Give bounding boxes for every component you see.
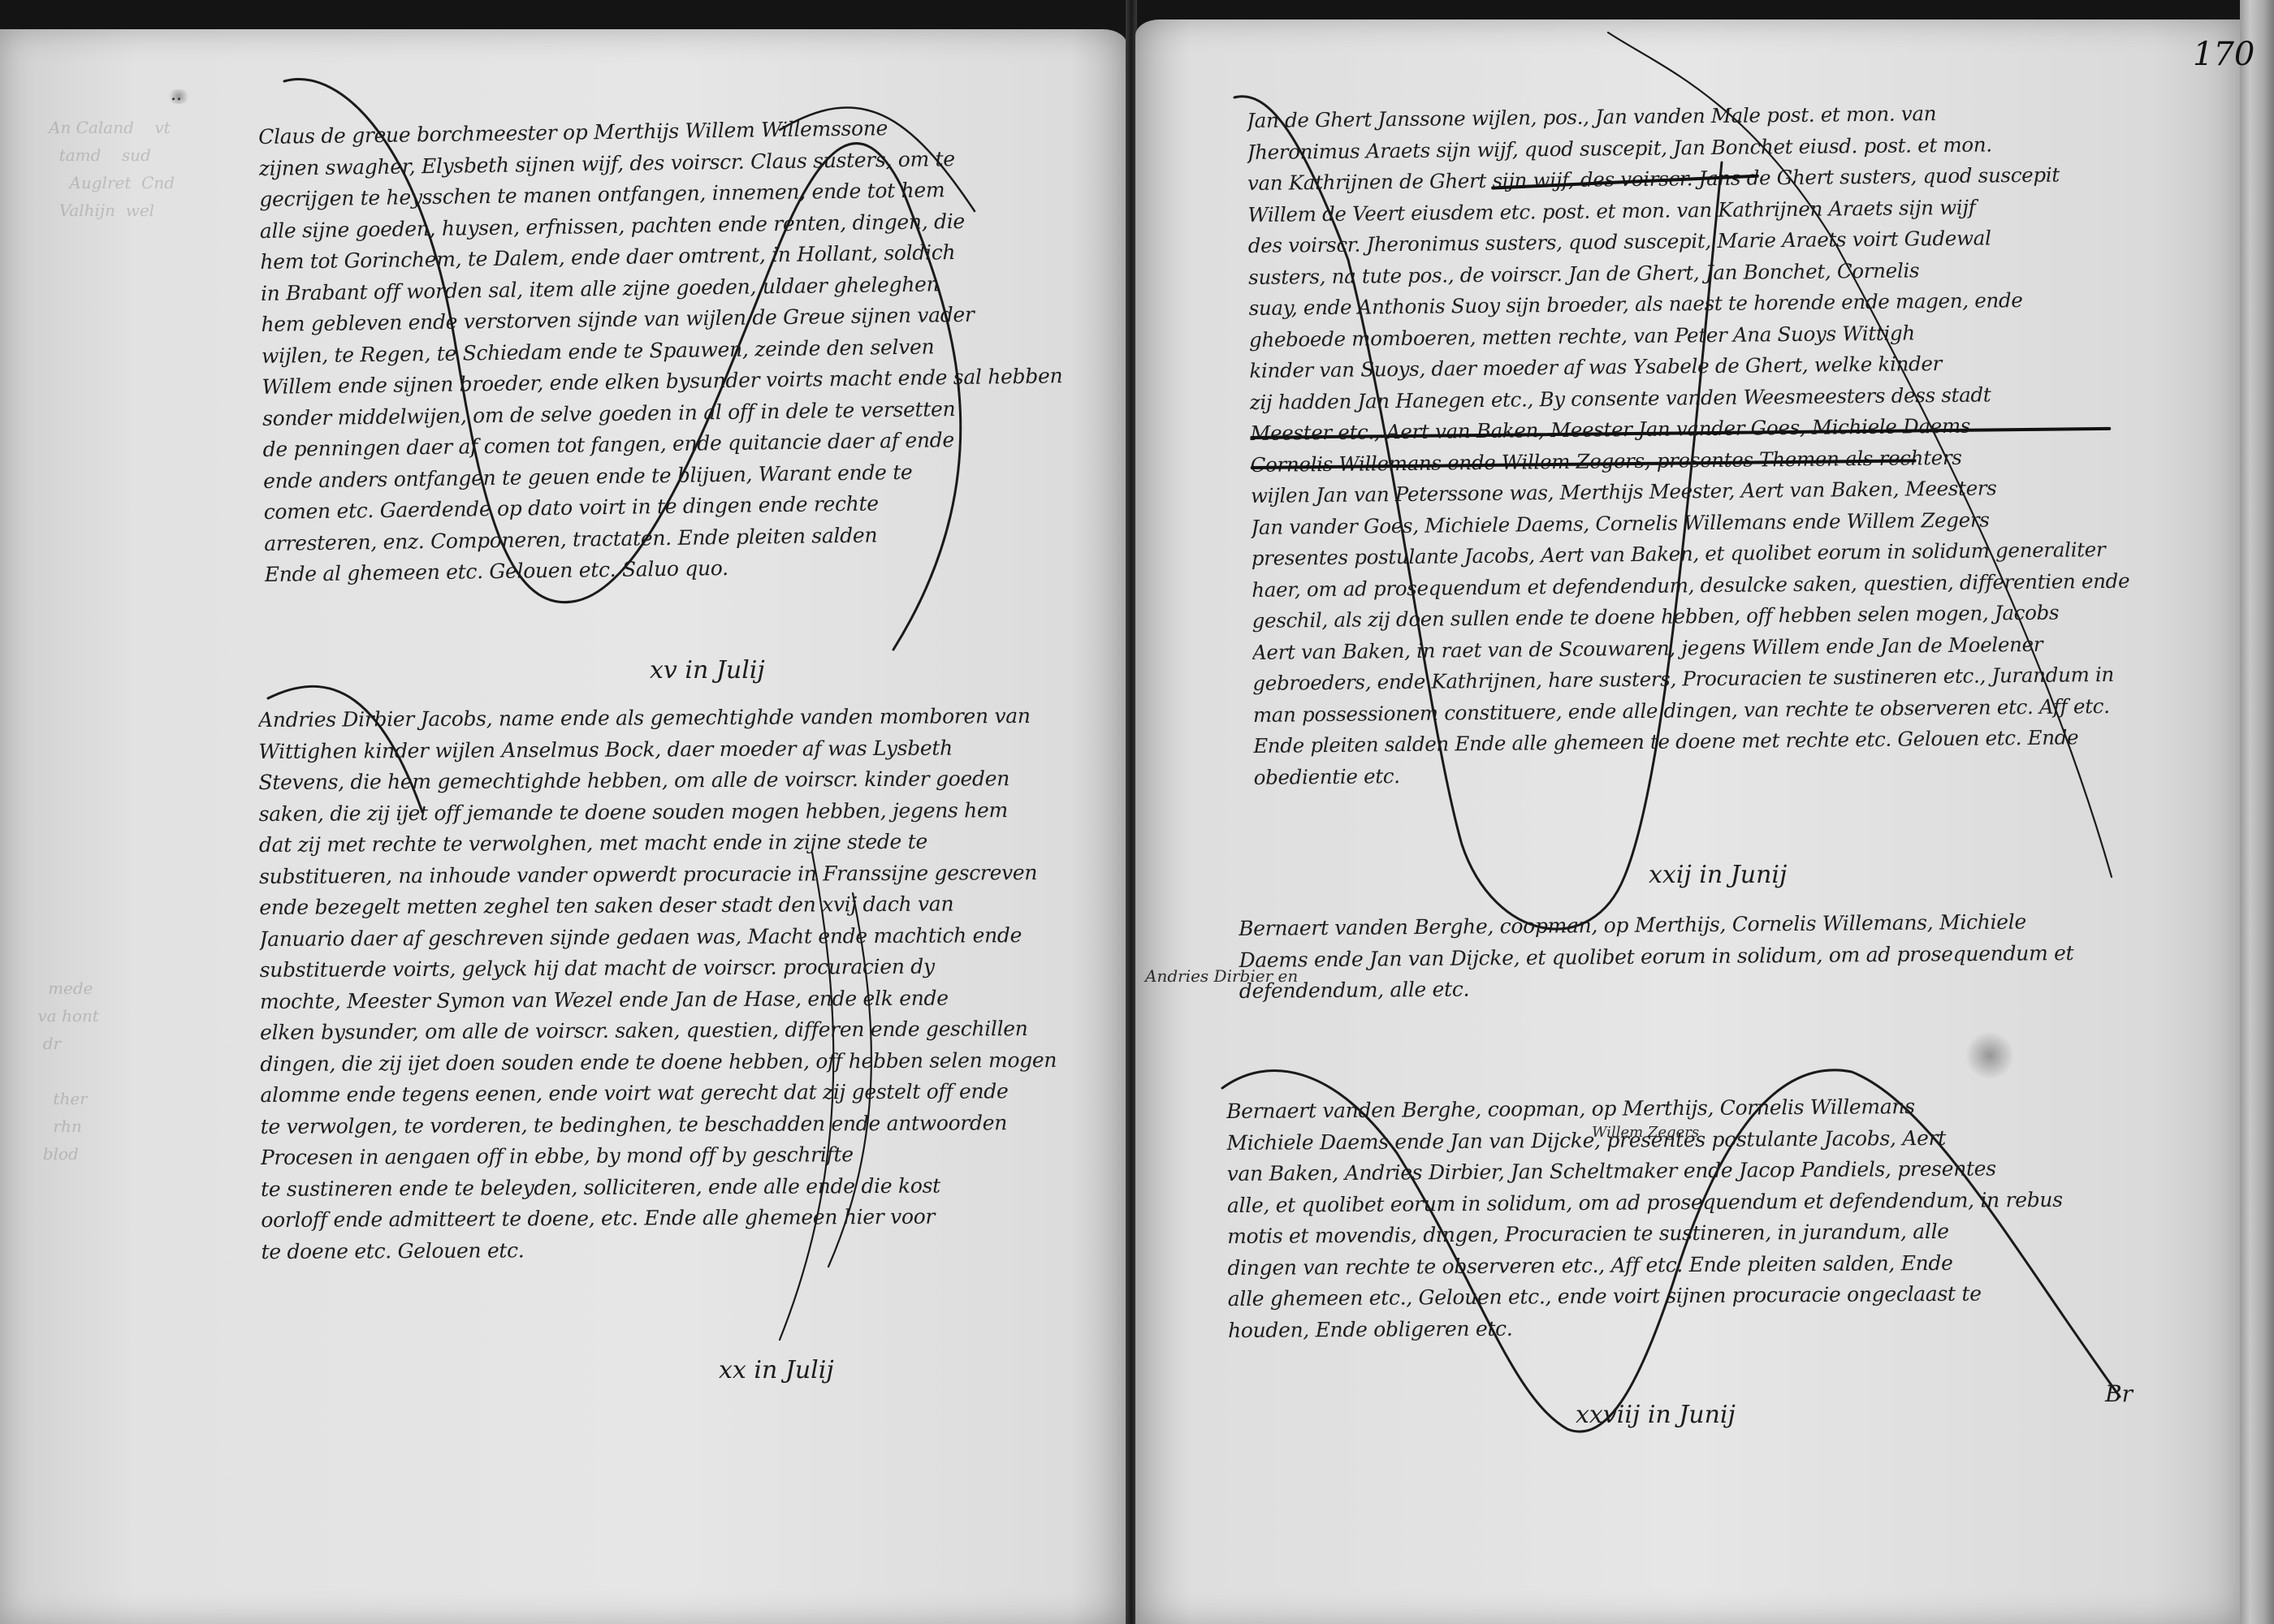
top-left-mark: .. bbox=[171, 84, 182, 105]
text-line: Januario daer af geschreven sijnde gedae… bbox=[259, 919, 1056, 955]
left-entry-1: Claus de greue borchmeester op Merthijs … bbox=[258, 110, 1066, 590]
folio-number: 170 bbox=[2193, 36, 2255, 73]
right-entry-2: Bernaert vanden Berghe, coopman, op Mert… bbox=[1239, 906, 2074, 1007]
text-line: substitueren, na inhoude vander opwerdt … bbox=[259, 857, 1056, 892]
text-line: van Baken, Andries Dirbier, Jan Scheltma… bbox=[1227, 1153, 2063, 1190]
ink-stain bbox=[1965, 1031, 2014, 1080]
text-line: houden, Ende obligeren etc. bbox=[1228, 1309, 2064, 1346]
date-heading: xxviij in Junij bbox=[1576, 1401, 1736, 1429]
text-line: dat zij met rechte te verwolghen, met ma… bbox=[259, 826, 1056, 862]
text-line: oorloff ende admitteert te doene, etc. E… bbox=[261, 1201, 1057, 1237]
text-line: dingen, die zij ijet doen souden ende te… bbox=[260, 1044, 1057, 1080]
text-line: ende bezegelt metten zeghel ten saken de… bbox=[259, 888, 1056, 924]
text-line: elken bysunder, om alle de voirscr. sake… bbox=[260, 1013, 1057, 1049]
text-line: Wittighen kinder wijlen Anselmus Bock, d… bbox=[258, 732, 1055, 767]
text-line: te sustineren ende te beleyden, sollicit… bbox=[261, 1169, 1057, 1205]
text-line: mochte, Meester Symon van Wezel ende Jan… bbox=[260, 982, 1057, 1017]
text-line: te verwolgen, te vorderen, te bedinghen,… bbox=[261, 1107, 1057, 1142]
date-heading: xv in Julij bbox=[650, 656, 765, 685]
text-line: te doene etc. Gelouen etc. bbox=[261, 1232, 1057, 1268]
text-line: Procesen in aengaen off in ebbe, by mond… bbox=[261, 1138, 1057, 1174]
text-line: substituerde voirts, gelyck hij dat mach… bbox=[260, 951, 1057, 987]
bleed-through-text: mede va hont dr ther rhn blod bbox=[32, 974, 99, 1168]
text-line: saken, die zij ijet off jemande te doene… bbox=[259, 794, 1056, 830]
right-entry-3: Bernaert vanden Berghe, coopman, op Mert… bbox=[1226, 1091, 2064, 1346]
signature-mark: Br bbox=[2105, 1380, 2133, 1407]
text-line: Stevens, die hem gemechtighde hebben, om… bbox=[258, 763, 1055, 799]
right-page-edge bbox=[2240, 0, 2274, 1624]
bleed-through-text: An Caland vt tamd sud Auglret Cnd Valhij… bbox=[49, 114, 175, 224]
text-line: Andries Dirbier Jacobs, name ende als ge… bbox=[258, 701, 1055, 736]
text-line: motis et movendis, dingen, Procuracien t… bbox=[1227, 1216, 2063, 1253]
right-entry-1: Jan de Ghert Janssone wijlen, pos., Jan … bbox=[1247, 97, 2132, 793]
date-heading: xxij in Junij bbox=[1649, 861, 1787, 889]
text-line: alomme ende tegens eenen, ende voirt wat… bbox=[260, 1076, 1057, 1112]
date-heading: xx in Julij bbox=[719, 1356, 834, 1384]
text-line: alle ghemeen etc., Gelouen etc., ende vo… bbox=[1228, 1278, 2064, 1315]
left-entry-2: Andries Dirbier Jacobs, name ende als ge… bbox=[258, 701, 1057, 1268]
